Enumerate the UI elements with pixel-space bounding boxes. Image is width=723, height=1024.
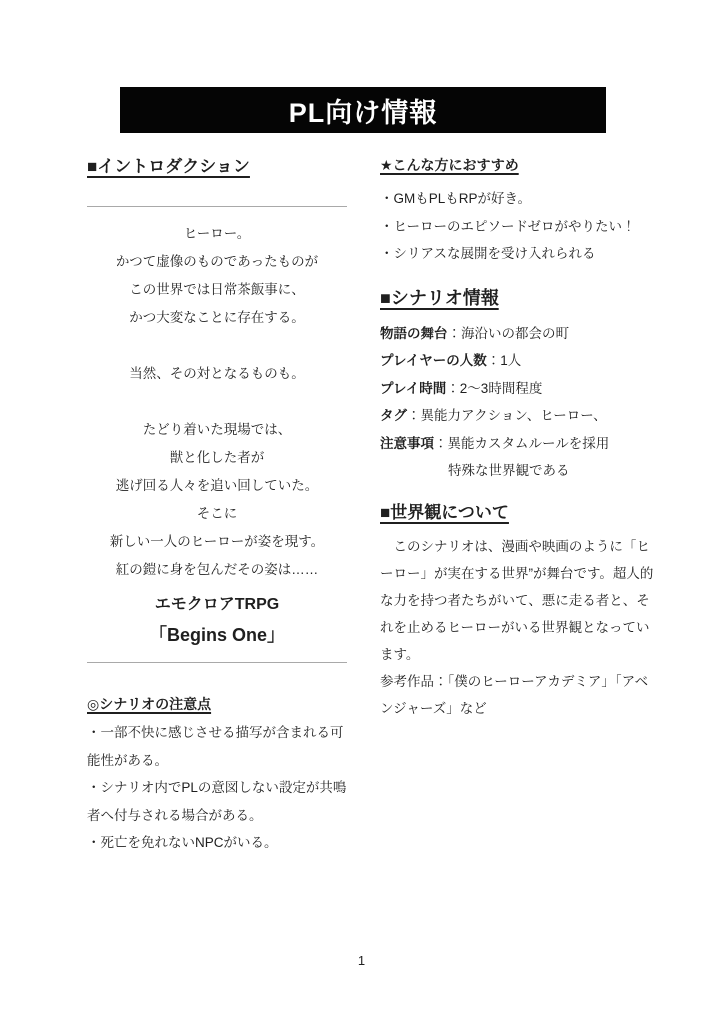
info-row-playtime: プレイ時間：2～3時間程度 [380, 375, 656, 403]
info-value: 異能カスタムルールを採用 [448, 436, 610, 451]
left-column: ■イントロダクション ヒーロー。 かつて虚像のものであったものが この世界では日… [87, 155, 347, 857]
info-row-stage: 物語の舞台：海沿いの都会の町 [380, 320, 656, 348]
poem-line: ヒーロー。 [87, 220, 347, 248]
info-value: 1人 [500, 353, 521, 368]
poem-line: 紅の鎧に身を包んだその姿は…… [87, 556, 347, 584]
info-separator: ： [434, 436, 448, 451]
document-page: PL向け情報 ■イントロダクション ヒーロー。 かつて虚像のものであったものが … [0, 0, 723, 1024]
note-item: ・一部不快に感じさせる描写が含まれる可能性がある。 [87, 719, 347, 774]
recommend-heading: ★こんな方におすすめ [380, 155, 656, 176]
note-item: ・シナリオ内でPLの意図しない設定が共鳴者へ付与される場合がある。 [87, 774, 347, 829]
info-label: プレイ時間 [380, 381, 446, 396]
recommend-item: ・ヒーローのエピソードゼロがやりたい！ [380, 213, 656, 241]
page-header-bar: PL向け情報 [120, 87, 606, 133]
info-row-players: プレイヤーの人数：1人 [380, 347, 656, 375]
scenario-title-block: エモクロアTRPG 「Begins One」 [87, 590, 347, 650]
intro-heading: ■イントロダクション [87, 155, 347, 179]
info-value: 異能力アクション、ヒーロー、 [421, 408, 607, 423]
poem-line: 獣と化した者が [87, 444, 347, 472]
divider-bottom [87, 662, 347, 663]
note-item: ・死亡を免れないNPCがいる。 [87, 829, 347, 857]
recommend-item: ・GMもPLもRPが好き。 [380, 185, 656, 213]
info-row-tags: タグ：異能力アクション、ヒーロー、 [380, 402, 656, 430]
info-label: プレイヤーの人数 [380, 353, 487, 368]
poem-line: 当然、その対となるものも。 [87, 360, 347, 388]
intro-poem: ヒーロー。 かつて虚像のものであったものが この世界では日常茶飯事に、 かつ大変… [87, 220, 347, 584]
poem-line: かつて虚像のものであったものが [87, 248, 347, 276]
poem-line: たどり着いた現場では、 [87, 416, 347, 444]
info-separator: ： [487, 353, 501, 368]
scenario-system-name: エモクロアTRPG [87, 590, 347, 620]
world-paragraph: このシナリオは、漫画や映画のように「ヒーロー」が実在する世界”が舞台です。超人的… [380, 533, 656, 668]
info-row-caution: 注意事項：異能カスタムルールを採用 [380, 430, 656, 458]
poem-line: 逃げ回る人々を追い回していた。 [87, 472, 347, 500]
info-label: 物語の舞台 [380, 326, 448, 341]
divider-top [87, 206, 347, 207]
scenario-info-heading: ■シナリオ情報 [380, 285, 656, 312]
poem-line: この世界では日常茶飯事に、 [87, 276, 347, 304]
poem-line-spacer [87, 388, 347, 416]
info-separator: ： [448, 326, 462, 341]
info-value: 2～3時間程度 [460, 381, 543, 396]
info-value: 海沿いの都会の町 [461, 326, 569, 341]
page-number: 1 [0, 953, 723, 968]
info-label: 注意事項 [380, 436, 434, 451]
world-paragraph: 参考作品：「僕のヒーローアカデミア」「アベンジャーズ」など [380, 668, 656, 722]
scenario-name: 「Begins One」 [87, 620, 347, 650]
page-title: PL向け情報 [289, 91, 438, 130]
poem-line: そこに [87, 500, 347, 528]
info-label: タグ [380, 408, 407, 423]
world-heading: ■世界観について [380, 500, 656, 526]
notes-heading: ◎シナリオの注意点 [87, 693, 347, 715]
poem-line-spacer [87, 332, 347, 360]
poem-line: かつ大変なことに存在する。 [87, 304, 347, 332]
info-value-continued: 特殊な世界観である [380, 457, 656, 485]
info-separator: ： [446, 381, 460, 396]
recommend-item: ・シリアスな展開を受け入れられる [380, 240, 656, 268]
right-column: ★こんな方におすすめ ・GMもPLもRPが好き。 ・ヒーローのエピソードゼロがや… [380, 155, 656, 722]
info-separator: ： [407, 408, 421, 423]
poem-line: 新しい一人のヒーローが姿を現す。 [87, 528, 347, 556]
